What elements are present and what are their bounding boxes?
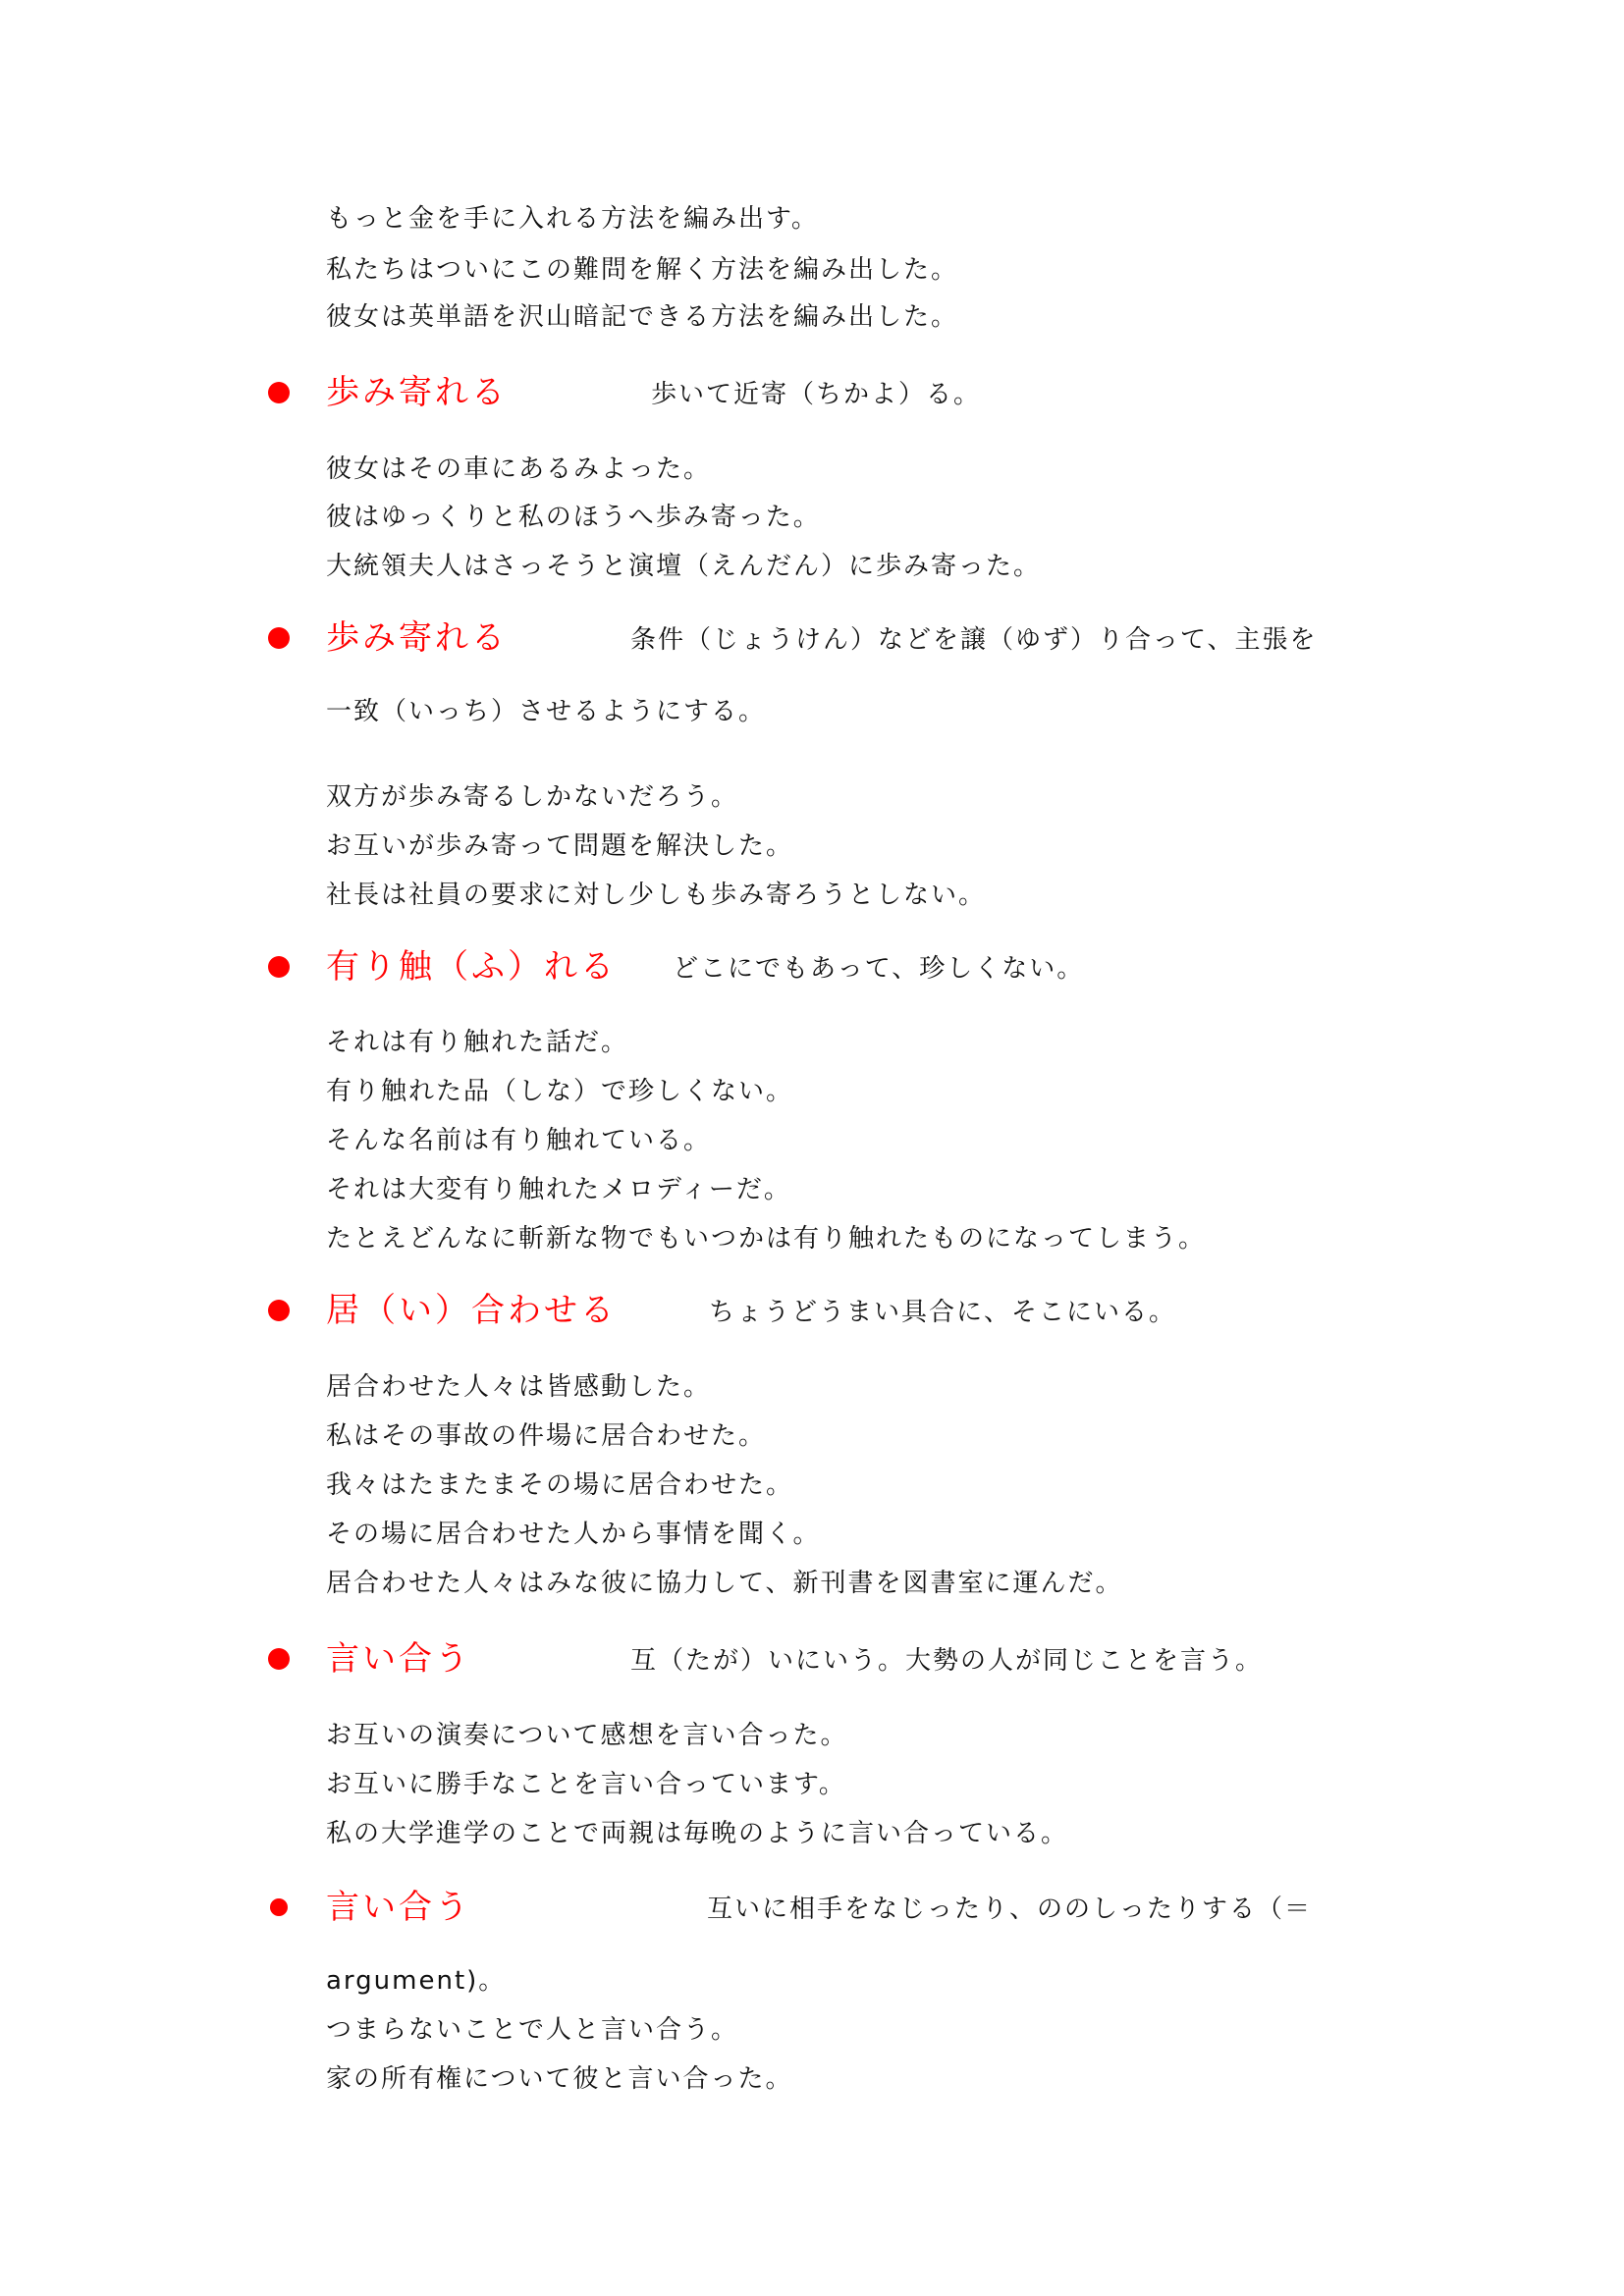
example-sentence: 双方が歩み寄るしかないだろう。: [326, 780, 738, 814]
entry-definition: 互（たが）いにいう。大勢の人が同じことを言う。: [630, 1644, 1263, 1678]
bullet-icon: [268, 956, 290, 978]
example-sentence: 有り触れた品（しな）で珍しくない。: [326, 1075, 793, 1108]
bullet-icon: [268, 382, 290, 403]
example-sentence: そんな名前は有り触れている。: [326, 1124, 711, 1157]
bullet-icon: [268, 1300, 290, 1321]
entry-definition-continued: argument)。: [326, 1964, 506, 1998]
bullet-icon: [270, 1898, 288, 1916]
example-sentence: お互いが歩み寄って問題を解決した。: [326, 829, 793, 863]
entry-definition: 互いに相手をなじったり、ののしったりする（＝: [707, 1893, 1312, 1926]
example-sentence: つまらないことで人と言い合う。: [326, 2013, 738, 2047]
entry-definition: 歩いて近寄（ちかよ）る。: [651, 378, 981, 411]
example-sentence: 彼女は英単語を沢山暗記できる方法を編み出した。: [326, 300, 958, 334]
entry-term: 有り触（ふ）れる: [326, 946, 617, 988]
example-sentence: 家の所有権について彼と言い合った。: [326, 2062, 792, 2096]
example-sentence: お互いに勝手なことを言い合っています。: [326, 1768, 846, 1801]
entry-term: 歩み寄れる: [326, 372, 508, 413]
entry-definition: 条件（じょうけん）などを譲（ゆず）り合って、主張を: [630, 623, 1317, 657]
example-sentence: 私の大学進学のことで両親は毎晩のように言い合っている。: [326, 1817, 1068, 1850]
entry-definition: ちょうどうまい具合に、そこにいる。: [709, 1296, 1176, 1329]
example-sentence: 私たちはついにこの難問を解く方法を編み出した。: [326, 253, 958, 287]
example-sentence: 社長は社員の要求に対し少しも歩み寄ろうとしない。: [326, 879, 986, 912]
example-sentence: 居合わせた人々は皆感動した。: [326, 1370, 711, 1404]
entry-term: 居（い）合わせる: [326, 1290, 617, 1331]
example-sentence: その場に居合わせた人から事情を聞く。: [326, 1518, 820, 1551]
entry-term: 言い合う: [326, 1638, 471, 1680]
entry-term: 言い合う: [326, 1887, 471, 1928]
entry-term: 歩み寄れる: [326, 617, 508, 659]
bullet-icon: [268, 627, 290, 649]
example-sentence: たとえどんなに斬新な物でもいつかは有り触れたものになってしまう。: [326, 1222, 1206, 1255]
example-sentence: それは有り触れた話だ。: [326, 1026, 628, 1059]
example-sentence: 居合わせた人々はみな彼に協力して、新刊書を図書室に運んだ。: [326, 1567, 1122, 1600]
example-sentence: 我々はたまたまその場に居合わせた。: [326, 1468, 793, 1502]
example-sentence: 彼女はその車にあるみよった。: [326, 453, 711, 486]
example-sentence: 彼はゆっくりと私のほうへ歩み寄った。: [326, 501, 821, 534]
bullet-icon: [268, 1648, 290, 1670]
example-sentence: お互いの演奏について感想を言い合った。: [326, 1719, 847, 1752]
entry-definition-continued: 一致（いっち）させるようにする。: [326, 695, 766, 728]
example-sentence: 大統領夫人はさっそうと演壇（えんだん）に歩み寄った。: [326, 550, 1041, 583]
example-sentence: もっと金を手に入れる方法を編み出す。: [326, 202, 819, 236]
entry-definition: どこにでもあって、珍しくない。: [673, 952, 1084, 986]
example-sentence: 私はその事故の件場に居合わせた。: [326, 1419, 766, 1453]
example-sentence: それは大変有り触れたメロディーだ。: [326, 1173, 791, 1206]
